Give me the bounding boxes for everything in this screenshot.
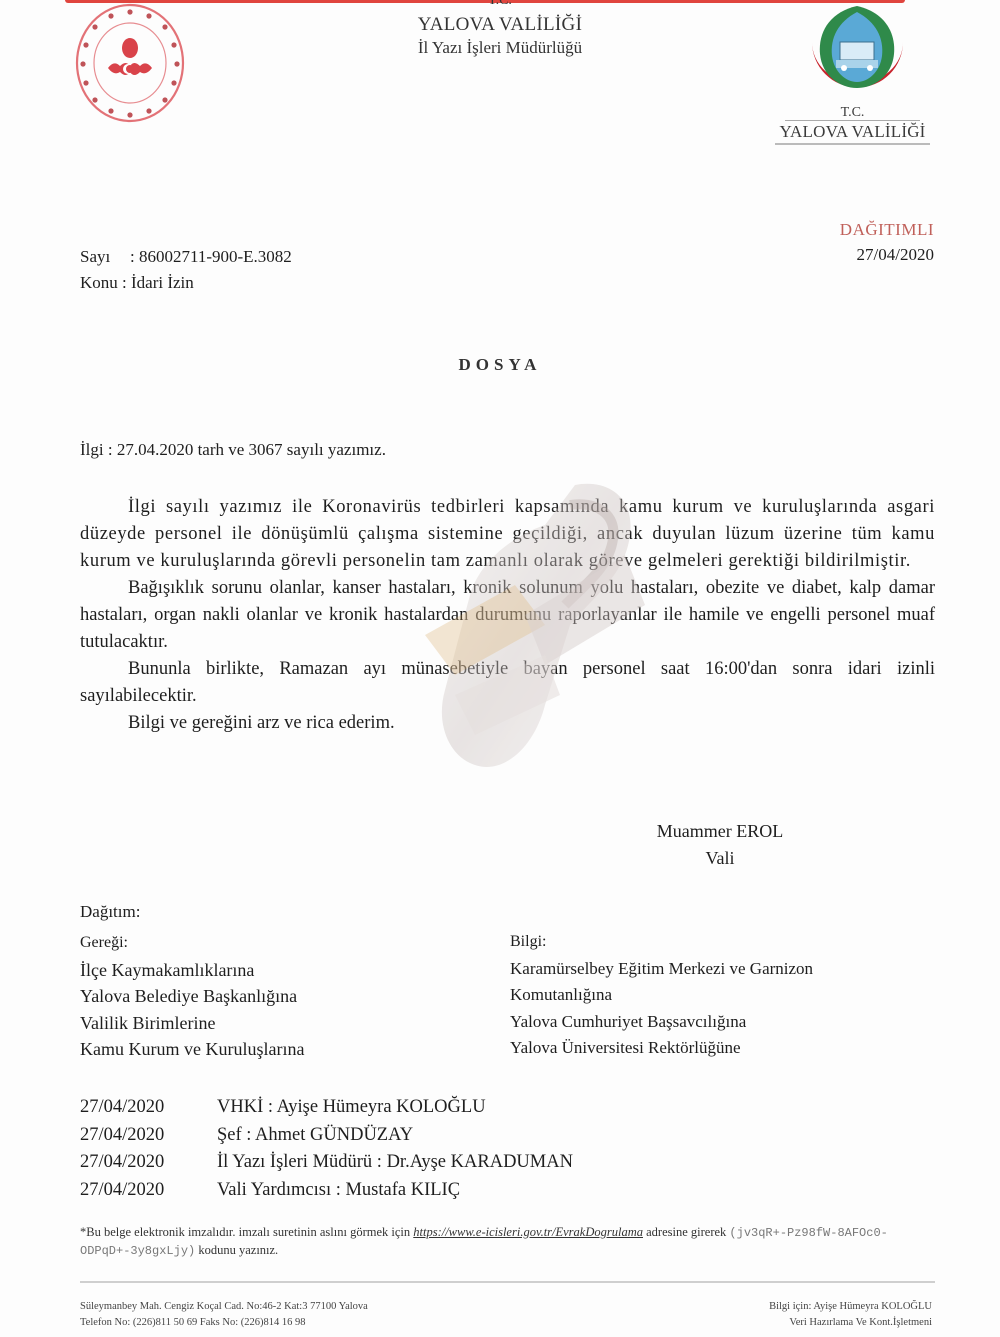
distribution-title: Dağıtım:: [80, 902, 140, 922]
document-number: Sayı: 86002711-900-E.3082: [80, 247, 292, 267]
ministry-seal-icon: [74, 2, 186, 124]
esig-middle: adresine girerek: [643, 1225, 729, 1239]
e-signature-note: *Bu belge elektronik imzalıdır. imzalı s…: [80, 1224, 935, 1260]
esig-suffix: kodunu yazınız.: [195, 1243, 278, 1257]
approval-date: 27/04/2020: [80, 1177, 217, 1205]
approval-date: 27/04/2020: [80, 1149, 217, 1177]
verification-link[interactable]: https://www.e-icisleri.gov.tr/EvrakDogru…: [413, 1225, 643, 1239]
number-label: Sayı: [80, 247, 130, 267]
footer-contact-block: Bilgi için: Ayişe Hümeyra KOLOĞLU Veri H…: [769, 1299, 932, 1331]
right-logo-name: YALOVA VALİLİĞİ: [775, 121, 930, 145]
body-paragraph: Bununla birlikte, Ramazan ayı münasebeti…: [80, 656, 935, 710]
document-date: 27/04/2020: [857, 245, 934, 265]
list-item: Yalova Üniversitesi Rektörlüğüne: [510, 1035, 813, 1062]
letterhead-directorate: İl Yazı İşleri Müdürlüğü: [300, 37, 700, 59]
approval-row: 27/04/2020Şef : Ahmet GÜNDÜZAY: [80, 1122, 573, 1150]
yalova-governorship-logo-icon: [800, 2, 915, 104]
list-item: Komutanlığına: [510, 982, 813, 1009]
right-logo-tc: T.C.: [785, 106, 920, 121]
footer-contact-role: Veri Hazırlama Ve Kont.İşletmeni: [769, 1315, 932, 1331]
list-item: Valilik Birimlerine: [80, 1010, 304, 1037]
list-item: Yalova Belediye Başkanlığına: [80, 983, 304, 1010]
distribution-mark: DAĞITIMLI: [840, 220, 934, 240]
footer-contact-name: Bilgi için: Ayişe Hümeyra KOLOĞLU: [769, 1299, 932, 1315]
right-logo-caption: T.C. YALOVA VALİLİĞİ: [775, 106, 930, 145]
list-item: Yalova Cumhuriyet Başsavcılığına: [510, 1009, 813, 1036]
approval-date: 27/04/2020: [80, 1122, 217, 1150]
list-item: Karamürselbey Eğitim Merkezi ve Garnizon: [510, 956, 813, 983]
approval-chain: 27/04/2020VHKİ : Ayişe Hümeyra KOLOĞLU 2…: [80, 1094, 573, 1204]
signer-title: Vali: [600, 845, 840, 872]
reference-line: İlgi : 27.04.2020 tarh ve 3067 sayılı ya…: [80, 440, 386, 460]
esig-prefix: *Bu belge elektronik imzalıdır. imzalı s…: [80, 1225, 413, 1239]
distribution-info-label: Bilgi:: [510, 929, 813, 956]
approval-date: 27/04/2020: [80, 1094, 217, 1122]
approval-text: İl Yazı İşleri Müdürü : Dr.Ayşe KARADUMA…: [217, 1152, 573, 1172]
document-subject: Konu : İdari İzin: [80, 273, 194, 293]
footer-phone: Telefon No: (226)811 50 69 Faks No: (226…: [80, 1315, 368, 1331]
signer-name: Muammer EROL: [600, 818, 840, 845]
distribution-action-label: Gereği:: [80, 930, 304, 957]
approval-row: 27/04/2020Vali Yardımcısı : Mustafa KILI…: [80, 1177, 573, 1205]
number-value: : 86002711-900-E.3082: [130, 247, 292, 266]
subject-label: Konu: [80, 273, 118, 292]
distribution-action-list: Gereği: İlçe Kaymakamlıklarına Yalova Be…: [80, 930, 304, 1063]
subject-value: : İdari İzin: [122, 273, 194, 292]
body-paragraph: Bilgi ve gereğini arz ve rica ederim.: [80, 710, 935, 737]
distribution-info-list: Bilgi: Karamürselbey Eğitim Merkezi ve G…: [510, 929, 813, 1062]
list-item: İlçe Kaymakamlıklarına: [80, 957, 304, 984]
body-paragraph: Bağışıklık sorunu olanlar, kanser hastal…: [80, 575, 935, 656]
letter-body: İlgi sayılı yazımız ile Koronavirüs tedb…: [80, 494, 935, 737]
approval-row: 27/04/2020İl Yazı İşleri Müdürü : Dr.Ayş…: [80, 1149, 573, 1177]
approval-text: Şef : Ahmet GÜNDÜZAY: [217, 1125, 413, 1145]
letterhead-tc: T.C.: [300, 0, 700, 8]
approval-text: Vali Yardımcısı : Mustafa KILIÇ: [217, 1180, 460, 1200]
footer-address: Süleymanbey Mah. Cengiz Koçal Cad. No:46…: [80, 1299, 368, 1315]
body-paragraph: İlgi sayılı yazımız ile Koronavirüs tedb…: [80, 494, 935, 575]
approval-text: VHKİ : Ayişe Hümeyra KOLOĞLU: [217, 1097, 486, 1117]
list-item: Kamu Kurum ve Kuruluşlarına: [80, 1036, 304, 1063]
document-title: DOSYA: [0, 355, 1000, 375]
footer-address-block: Süleymanbey Mah. Cengiz Koçal Cad. No:46…: [80, 1299, 368, 1331]
footer-divider: [80, 1281, 935, 1283]
approval-row: 27/04/2020VHKİ : Ayişe Hümeyra KOLOĞLU: [80, 1094, 573, 1122]
signature-block: Muammer EROL Vali: [600, 818, 840, 872]
letterhead-governorship: YALOVA VALİLİĞİ: [300, 14, 700, 36]
letterhead: T.C. YALOVA VALİLİĞİ İl Yazı İşleri Müdü…: [300, 0, 700, 59]
